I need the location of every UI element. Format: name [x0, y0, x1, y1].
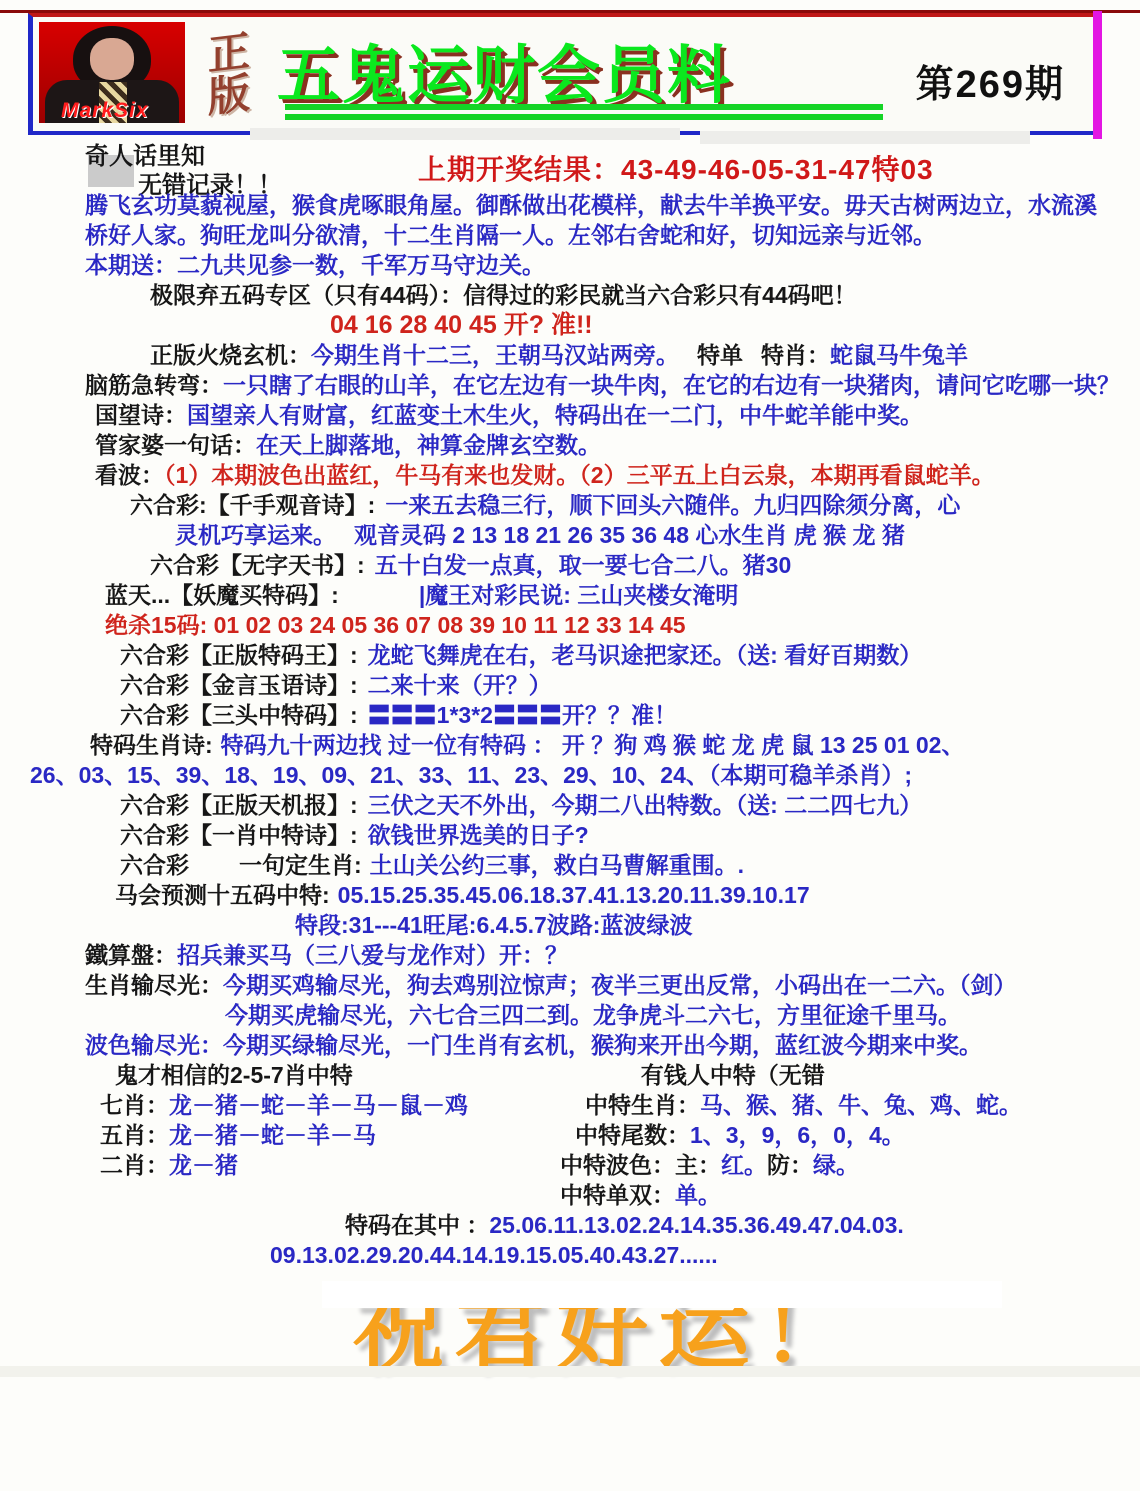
text-segment: 04 16 28 40 45 开? 准!!	[330, 311, 593, 339]
text-line: 正版火烧玄机：今期生肖十二三，王朝马汉站两旁。特单特肖：蛇鼠马牛兔羊	[0, 340, 1140, 370]
text-segment: 特码九十两边找 过一位有特码 ： 开 ？狗 鸡 猴 蛇 龙 虎 鼠 13 25 …	[221, 732, 965, 758]
text-line: 桥好人家。狗旺龙叫分欲清，十二生肖隔一人。左邻右舍蛇和好，切知远亲与近邻。	[0, 220, 1140, 250]
bottom-grey-band	[0, 1366, 1140, 1377]
text-segment: 一只瞎了右眼的山羊，在它左边有一块牛肉，在它的右边有一块猪肉，请问它吃哪一块？	[223, 372, 1120, 398]
blessing-cover-patch	[322, 1281, 1002, 1308]
text-segment: 特码生肖诗:	[90, 732, 213, 758]
tip-sheet-page: MarkSix 正版 五鬼运财会员料 第269期 奇人话里知 无错记录！！ 上期…	[0, 0, 1140, 1491]
text-segment: 五十白发一点真，取一要七合二八。猪30	[375, 552, 792, 578]
text-segment: 25.06.11.13.02.24.14.35.36.49.47.04.03.	[489, 1212, 903, 1238]
text-segment: 马、猴、猪、牛、兔、鸡、蛇。	[700, 1092, 1022, 1118]
text-segment: 马会预测十五码中特:	[115, 882, 330, 908]
text-line: 26、03、15、39、18、19、09、21、33、11、23、29、10、2…	[0, 760, 1140, 790]
text-segment: 二来十来（开？）	[368, 672, 552, 698]
text-segment: 极限弃五码专区（只有44码）：信得过的彩民就当六合彩只有44码吧！	[150, 282, 857, 308]
text-segment: 特单	[697, 342, 743, 368]
text-line: 特段:31---41旺尾:6.4.5.7波路:蓝波绿波	[0, 910, 1140, 940]
text-segment: 灵机巧享运来。	[175, 522, 336, 548]
scan-smudge	[700, 131, 1030, 144]
scan-smudge	[250, 128, 680, 140]
text-segment: 中特尾数：	[575, 1122, 690, 1148]
text-segment: 脑筋急转弯：	[85, 372, 223, 398]
masthead-right-bar	[1093, 11, 1102, 139]
text-segment: 七肖：	[100, 1092, 169, 1118]
text-line: 六合彩【三头中特码】:〓〓〓1*3*2〓〓〓开？？准！	[0, 700, 1140, 730]
masthead-photo: MarkSix	[39, 22, 185, 123]
text-segment: 桥好人家。狗旺龙叫分欲清，十二生肖隔一人。左邻右舍蛇和好，切知远亲与近邻。	[85, 222, 936, 248]
text-segment: 欲钱世界选美的日子?	[368, 822, 589, 848]
text-segment: 今期买鸡输尽光，狗去鸡别泣惊声；夜半三更出反常，小码出在一二六。（剑）	[223, 972, 1017, 998]
text-segment: 在天上脚落地，神算金牌玄空数。	[256, 432, 601, 458]
text-segment: 管家婆一句话：	[95, 432, 256, 458]
text-line: 波色输尽光：今期买绿输尽光，一门生肖有玄机，猴狗来开出今期，蓝红波今期来中奖。	[0, 1030, 1140, 1060]
text-line: 管家婆一句话：在天上脚落地，神算金牌玄空数。	[0, 430, 1140, 460]
text-segment: 26、03、15、39、18、19、09、21、33、11、23、29、10、2…	[30, 762, 912, 788]
text-line: 特码在其中 ：25.06.11.13.02.24.14.35.36.49.47.…	[0, 1210, 1140, 1240]
text-segment: 主：	[675, 1152, 721, 1178]
text-segment: 单。	[675, 1182, 721, 1208]
text-segment: 生肖输尽光：	[85, 972, 223, 998]
text-line: 今期买虎输尽光，六七合三四二到。龙争虎斗二六七，方里征途千里马。	[0, 1000, 1140, 1030]
text-segment: 一来五去稳三行，顺下回头六随伴。九归四除须分离，心	[385, 492, 960, 518]
text-line: 七肖：龙－猪－蛇－羊－马－鼠－鸡中特生肖：马、猴、猪、牛、兔、鸡、蛇。	[0, 1090, 1140, 1120]
text-segment: 一句定生肖:	[239, 852, 362, 878]
text-segment: 05.15.25.35.45.06.18.37.41.13.20.11.39.1…	[338, 882, 810, 908]
text-segment: 国望亲人有财富，红蓝变土木生火，特码出在一二门，中牛蛇羊能中奖。	[187, 402, 923, 428]
text-line: 灵机巧享运来。观音灵码 2 13 18 21 26 35 36 48 心水生肖 …	[0, 520, 1140, 550]
text-segment: 六合彩【三头中特码】:	[120, 702, 358, 728]
text-segment: 中特波色：	[560, 1152, 675, 1178]
text-segment: 龙－猪－蛇－羊－马－鼠－鸡	[169, 1092, 468, 1118]
text-segment: 三伏之天不外出，今期二八出特数。（送: 二二四七九）	[368, 792, 923, 818]
text-line: 五肖：龙－猪－蛇－羊－马中特尾数：1、3，9，6，0，4。	[0, 1120, 1140, 1150]
text-segment: 看波：	[95, 462, 164, 488]
text-segment: 防：	[767, 1152, 813, 1178]
text-line: 生肖输尽光：今期买鸡输尽光，狗去鸡别泣惊声；夜半三更出反常，小码出在一二六。（剑…	[0, 970, 1140, 1000]
text-segment: 六合彩【一肖中特诗】:	[120, 822, 358, 848]
text-segment: 六合彩	[120, 852, 189, 878]
text-line: 腾飞玄功莫藐视屋，猴食虎啄眼角屋。御酥做出花模样，献去牛羊换平安。毋天古树两边立…	[0, 190, 1140, 220]
text-segment: 波色输尽光：	[85, 1032, 223, 1058]
text-line: 本期送：二九共见参一数，千军万马守边关。	[0, 250, 1140, 280]
text-segment: 蓝天...【妖魔买特码】:	[105, 582, 339, 608]
text-segment: 六合彩【金言玉语诗】:	[120, 672, 358, 698]
text-segment: 1、3，9，6，0，4。	[690, 1122, 905, 1148]
text-segment: 国望诗：	[95, 402, 187, 428]
text-segment: 腾飞玄功莫藐视屋，猴食虎啄眼角屋。御酥做出花模样，献去牛羊换平安。毋天古树两边立…	[85, 192, 1097, 218]
text-segment: 特码在其中 ：	[345, 1212, 489, 1238]
page-title: 五鬼运财会员料	[277, 25, 732, 116]
text-segment: 观音灵码 2 13 18 21 26 35 36 48 心水生肖 虎 猴 龙 猪	[354, 522, 905, 548]
text-segment: 绝杀15码: 01 02 03 24 05 36 07 08 39 10 11 …	[105, 612, 686, 638]
text-segment: 鬼才相信的2-5-7肖中特	[115, 1062, 353, 1088]
text-segment: 二肖：	[100, 1152, 169, 1178]
text-segment: 五肖：	[100, 1122, 169, 1148]
text-segment: 蛇鼠马牛兔羊	[830, 342, 968, 368]
text-segment: 龙蛇飞舞虎在右，老马识途把家还。（送: 看好百期数）	[368, 642, 923, 668]
text-segment: 六合彩【正版特码王】:	[120, 642, 358, 668]
text-segment: 今期生肖十二三，王朝马汉站两旁。	[311, 342, 679, 368]
text-line: 极限弃五码专区（只有44码）：信得过的彩民就当六合彩只有44码吧！	[0, 280, 1140, 310]
text-line: 六合彩:【千手观音诗】:一来五去稳三行，顺下回头六随伴。九归四除须分离，心	[0, 490, 1140, 520]
text-segment: 龙－猪－蛇－羊－马	[169, 1122, 376, 1148]
text-line: 绝杀15码: 01 02 03 24 05 36 07 08 39 10 11 …	[0, 610, 1140, 640]
text-line: 脑筋急转弯：一只瞎了右眼的山羊，在它左边有一块牛肉，在它的右边有一块猪肉，请问它…	[0, 370, 1140, 400]
text-segment: 中特单双：	[560, 1182, 675, 1208]
text-line: 二肖：龙－猪中特波色：主：红。防：绿。	[0, 1150, 1140, 1180]
text-segment: 今期买虎输尽光，六七合三四二到。龙争虎斗二六七，方里征途千里马。	[225, 1002, 961, 1028]
text-line: 六合彩【一肖中特诗】:欲钱世界选美的日子?	[0, 820, 1140, 850]
photo-face	[90, 38, 134, 80]
issue-number: 第269期	[916, 53, 1065, 108]
masthead: MarkSix 正版 五鬼运财会员料 第269期	[28, 13, 1093, 135]
text-segment: 六合彩【正版天机报】:	[120, 792, 358, 818]
text-segment: 〓〓〓1*3*2〓〓〓开？？准！	[368, 702, 677, 728]
text-segment: 正版火烧玄机：	[150, 342, 311, 368]
text-line: 鐵算盤：招兵兼买马（三八爱与龙作对）开：？	[0, 940, 1140, 970]
text-segment: 今期买绿输尽光，一门生肖有玄机，猴狗来开出今期，蓝红波今期来中奖。	[223, 1032, 982, 1058]
text-segment: 土山关公约三事，救白马曹解重围。.	[370, 852, 744, 878]
title-underline-2	[285, 114, 883, 120]
text-segment: 招兵兼买马（三八爱与龙作对）开：？	[177, 942, 568, 968]
text-segment: 龙－猪	[169, 1152, 238, 1178]
text-segment: （1）本期波色出蓝红，牛马有来也发财。（2）三平五上白云泉，本期再看鼠蛇羊。	[164, 462, 995, 488]
text-line: 六合彩一句定生肖:土山关公约三事，救白马曹解重围。.	[0, 850, 1140, 880]
text-line: 六合彩【正版天机报】:三伏之天不外出，今期二八出特数。（送: 二二四七九）	[0, 790, 1140, 820]
last-draw-result: 上期开奖结果：43-49-46-05-31-47特03	[418, 148, 934, 188]
text-segment: 鐵算盤：	[85, 942, 177, 968]
text-line: 国望诗：国望亲人有财富，红蓝变土木生火，特码出在一二门，中牛蛇羊能中奖。	[0, 400, 1140, 430]
text-segment: 特肖：	[761, 342, 830, 368]
text-line: 六合彩【无字天书】:五十白发一点真，取一要七合二八。猪30	[0, 550, 1140, 580]
body-lines: 腾飞玄功莫藐视屋，猴食虎啄眼角屋。御酥做出花模样，献去牛羊换平安。毋天古树两边立…	[0, 190, 1140, 1270]
text-line: 六合彩【金言玉语诗】:二来十来（开？）	[0, 670, 1140, 700]
text-line: 鬼才相信的2-5-7肖中特有钱人中特（无错	[0, 1060, 1140, 1090]
text-segment: 六合彩:【千手观音诗】:	[130, 492, 375, 518]
edition-label: 正版	[205, 28, 247, 125]
text-segment: 中特生肖：	[585, 1092, 700, 1118]
text-segment: 红。	[721, 1152, 767, 1178]
text-segment: 六合彩【无字天书】:	[150, 552, 365, 578]
text-line: 马会预测十五码中特:05.15.25.35.45.06.18.37.41.13.…	[0, 880, 1140, 910]
text-line: 特码生肖诗:特码九十两边找 过一位有特码 ： 开 ？狗 鸡 猴 蛇 龙 虎 鼠 …	[0, 730, 1140, 760]
marksix-brand: MarkSix	[61, 99, 149, 123]
text-line: 蓝天...【妖魔买特码】:|魔王对彩民说: 三山夹楼女淹明	[0, 580, 1140, 610]
text-line: 04 16 28 40 45 开? 准!!	[0, 310, 1140, 340]
text-segment: 绿。	[813, 1152, 859, 1178]
text-segment: |魔王对彩民说: 三山夹楼女淹明	[419, 582, 738, 608]
text-segment: 本期送：二九共见参一数，千军万马守边关。	[85, 252, 545, 278]
text-segment: 特段:31---41旺尾:6.4.5.7波路:蓝波绿波	[295, 912, 692, 938]
text-line: 六合彩【正版特码王】:龙蛇飞舞虎在右，老马识途把家还。（送: 看好百期数）	[0, 640, 1140, 670]
text-line: 看波：（1）本期波色出蓝红，牛马有来也发财。（2）三平五上白云泉，本期再看鼠蛇羊…	[0, 460, 1140, 490]
title-underline-1	[285, 104, 883, 110]
text-line: 中特单双：单。	[0, 1180, 1140, 1210]
text-segment: 有钱人中特（无错	[641, 1062, 825, 1088]
